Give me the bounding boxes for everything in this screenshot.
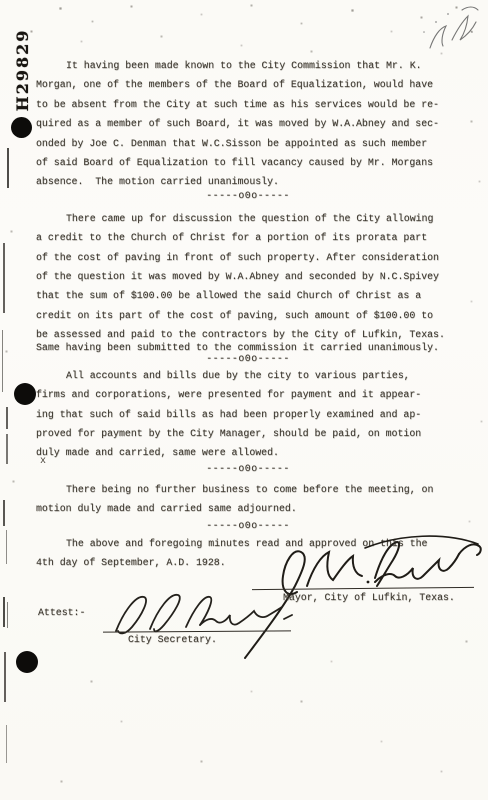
section-divider: -----o0o----- xyxy=(36,462,460,476)
secretary-title: City Secretary. xyxy=(128,634,217,646)
edge-mark xyxy=(6,434,8,464)
minutes-line: duly made and carried, same were allowed… xyxy=(36,443,460,462)
edge-mark xyxy=(4,652,6,702)
minutes-line: a credit to the Church of Christ for a p… xyxy=(36,228,460,247)
edge-mark xyxy=(6,407,8,429)
edge-mark xyxy=(3,243,5,313)
minutes-paragraph: There being no further business to come … xyxy=(36,480,460,519)
minutes-line: All accounts and bills due by the city t… xyxy=(36,366,460,385)
edge-mark xyxy=(2,330,3,392)
edge-mark xyxy=(7,602,8,628)
archive-stamp-number: H29829 xyxy=(10,14,36,126)
mayor-title: Mayor, City of Lufkin, Texas. xyxy=(283,592,455,604)
minutes-line: There being no further business to come … xyxy=(36,480,460,499)
minutes-line: ing that such of said bills as had been … xyxy=(36,405,460,424)
minutes-line: to be absent from the City at such time … xyxy=(36,95,460,114)
edge-mark xyxy=(6,725,7,763)
scanned-minutes-page: H29829 It having been made known to the … xyxy=(0,0,488,800)
hole-punch xyxy=(16,651,38,673)
minutes-line: It having been made known to the City Co… xyxy=(36,56,460,75)
edge-mark xyxy=(3,500,5,526)
minutes-line: proved for payment by the City Manager, … xyxy=(36,424,460,443)
minutes-line: of said Board of Equalization to fill va… xyxy=(36,153,460,172)
edge-mark xyxy=(3,597,5,627)
minutes-line: Morgan, one of the members of the Board … xyxy=(36,75,460,94)
minutes-line: firms and corporations, were presented f… xyxy=(36,385,460,404)
edge-mark xyxy=(6,530,7,564)
scan-noise xyxy=(0,0,1,1)
minutes-line: of the cost of paving in front of such p… xyxy=(36,248,460,267)
minutes-text-column: It having been made known to the City Co… xyxy=(36,0,460,572)
minutes-line: motion duly made and carried same adjour… xyxy=(36,499,460,518)
hole-punch xyxy=(14,383,36,405)
minutes-line: quired as a member of such Board, it was… xyxy=(36,114,460,133)
attest-label: Attest:- xyxy=(38,607,85,619)
minutes-paragraph: It having been made known to the City Co… xyxy=(36,56,460,192)
minutes-line: onded by Joe C. Denman that W.C.Sisson b… xyxy=(36,134,460,153)
minutes-line: There came up for discussion the questio… xyxy=(36,209,460,228)
minutes-line: that the sum of $100.00 be allowed the s… xyxy=(36,286,460,305)
edge-mark xyxy=(7,148,9,188)
hole-punch xyxy=(11,117,32,138)
minutes-line: of the question it was moved by W.A.Abne… xyxy=(36,267,460,286)
minutes-line: credit on its part of the cost of paving… xyxy=(36,306,460,325)
minutes-paragraph: All accounts and bills due by the city t… xyxy=(36,366,460,463)
margin-x-mark: x xyxy=(40,456,46,467)
minutes-paragraph: There came up for discussion the questio… xyxy=(36,209,460,358)
